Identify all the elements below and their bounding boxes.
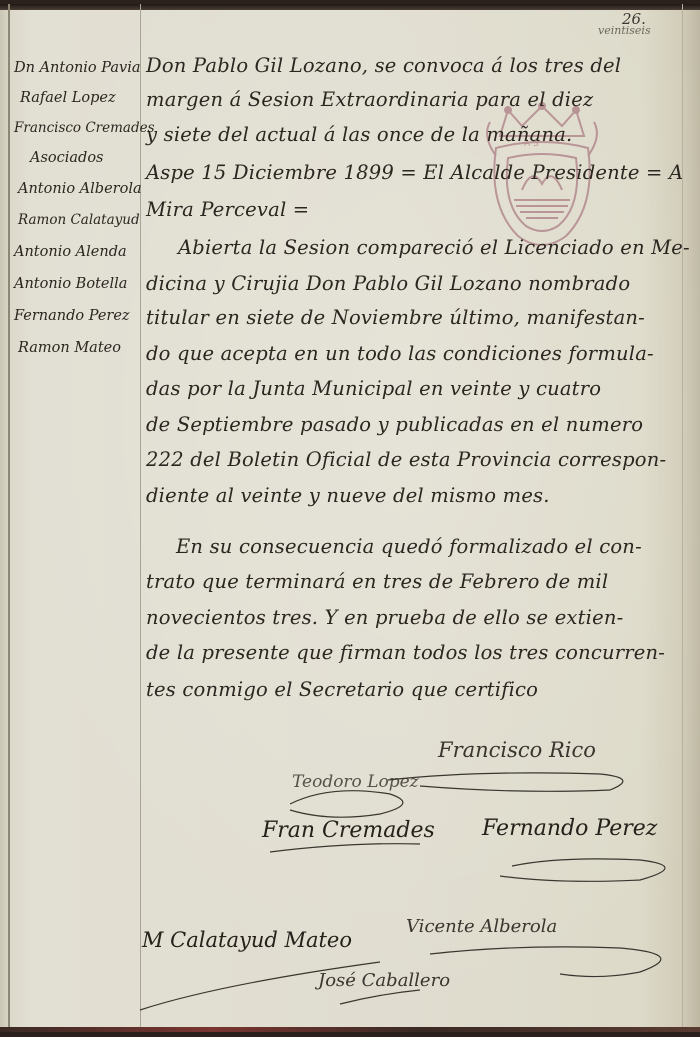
- signature: M Calatayud Mateo: [142, 928, 352, 952]
- body-line: Mira Perceval =: [146, 198, 309, 221]
- margin-name: Antonio Alenda: [14, 244, 127, 260]
- margin-name: Ramon Mateo: [18, 340, 121, 356]
- page-bottom-edge: [0, 1027, 700, 1032]
- signature: Teodoro Lopez: [292, 772, 419, 792]
- body-line: de la presente que firman todos los tres…: [146, 641, 665, 664]
- manuscript-page: 26. veintiseis A S Dn Antonio Pavia Rafa…: [0, 4, 700, 1032]
- folio-word: veintiseis: [598, 24, 651, 37]
- signature: Vicente Alberola: [406, 916, 557, 937]
- body-line: novecientos tres. Y en prueba de ello se…: [146, 606, 623, 629]
- margin-name: Rafael Lopez: [20, 90, 116, 106]
- signature: Fran Cremades: [262, 818, 435, 843]
- margin-rule: [140, 4, 141, 1032]
- margin-name: Antonio Botella: [14, 276, 127, 292]
- signature: Fernando Perez: [482, 816, 657, 841]
- right-rule: [682, 4, 683, 1032]
- body-line: das por la Junta Municipal en veinte y c…: [146, 377, 601, 400]
- body-line: y siete del actual á las once de la maña…: [146, 123, 572, 146]
- margin-name: Francisco Cremades: [14, 120, 155, 136]
- signature: José Caballero: [318, 970, 450, 991]
- body-line: Don Pablo Gil Lozano, se convoca á los t…: [146, 54, 621, 77]
- body-line: tes conmigo el Secretario que certifico: [146, 678, 538, 701]
- body-line: Abierta la Sesion compareció el Licencia…: [178, 236, 690, 259]
- body-line: diente al veinte y nueve del mismo mes.: [146, 484, 550, 507]
- body-line: margen á Sesion Extraordinaria para el d…: [146, 88, 593, 111]
- signature: Francisco Rico: [438, 738, 596, 762]
- body-line: titular en siete de Noviembre último, ma…: [146, 306, 645, 329]
- body-line: do que acepta en un todo las condiciones…: [146, 342, 654, 365]
- body-line: Aspe 15 Diciembre 1899 = El Alcalde Pres…: [146, 161, 683, 184]
- body-line: trato que terminará en tres de Febrero d…: [146, 570, 608, 593]
- margin-name: Fernando Perez: [14, 308, 130, 324]
- body-line: de Septiembre pasado y publicadas en el …: [146, 413, 643, 436]
- page-top-edge: [0, 4, 700, 10]
- margin-name: Ramon Calatayud: [18, 212, 140, 228]
- body-line: dicina y Cirujia Don Pablo Gil Lozano no…: [146, 272, 630, 295]
- body-line: 222 del Boletin Oficial de esta Provinci…: [146, 448, 666, 471]
- margin-name: Antonio Alberola: [18, 181, 142, 197]
- margin-name: Dn Antonio Pavia: [14, 60, 140, 76]
- binding-line: [8, 4, 10, 1032]
- margin-name: Asociados: [30, 150, 104, 166]
- body-line: En su consecuencia quedó formalizado el …: [176, 535, 642, 558]
